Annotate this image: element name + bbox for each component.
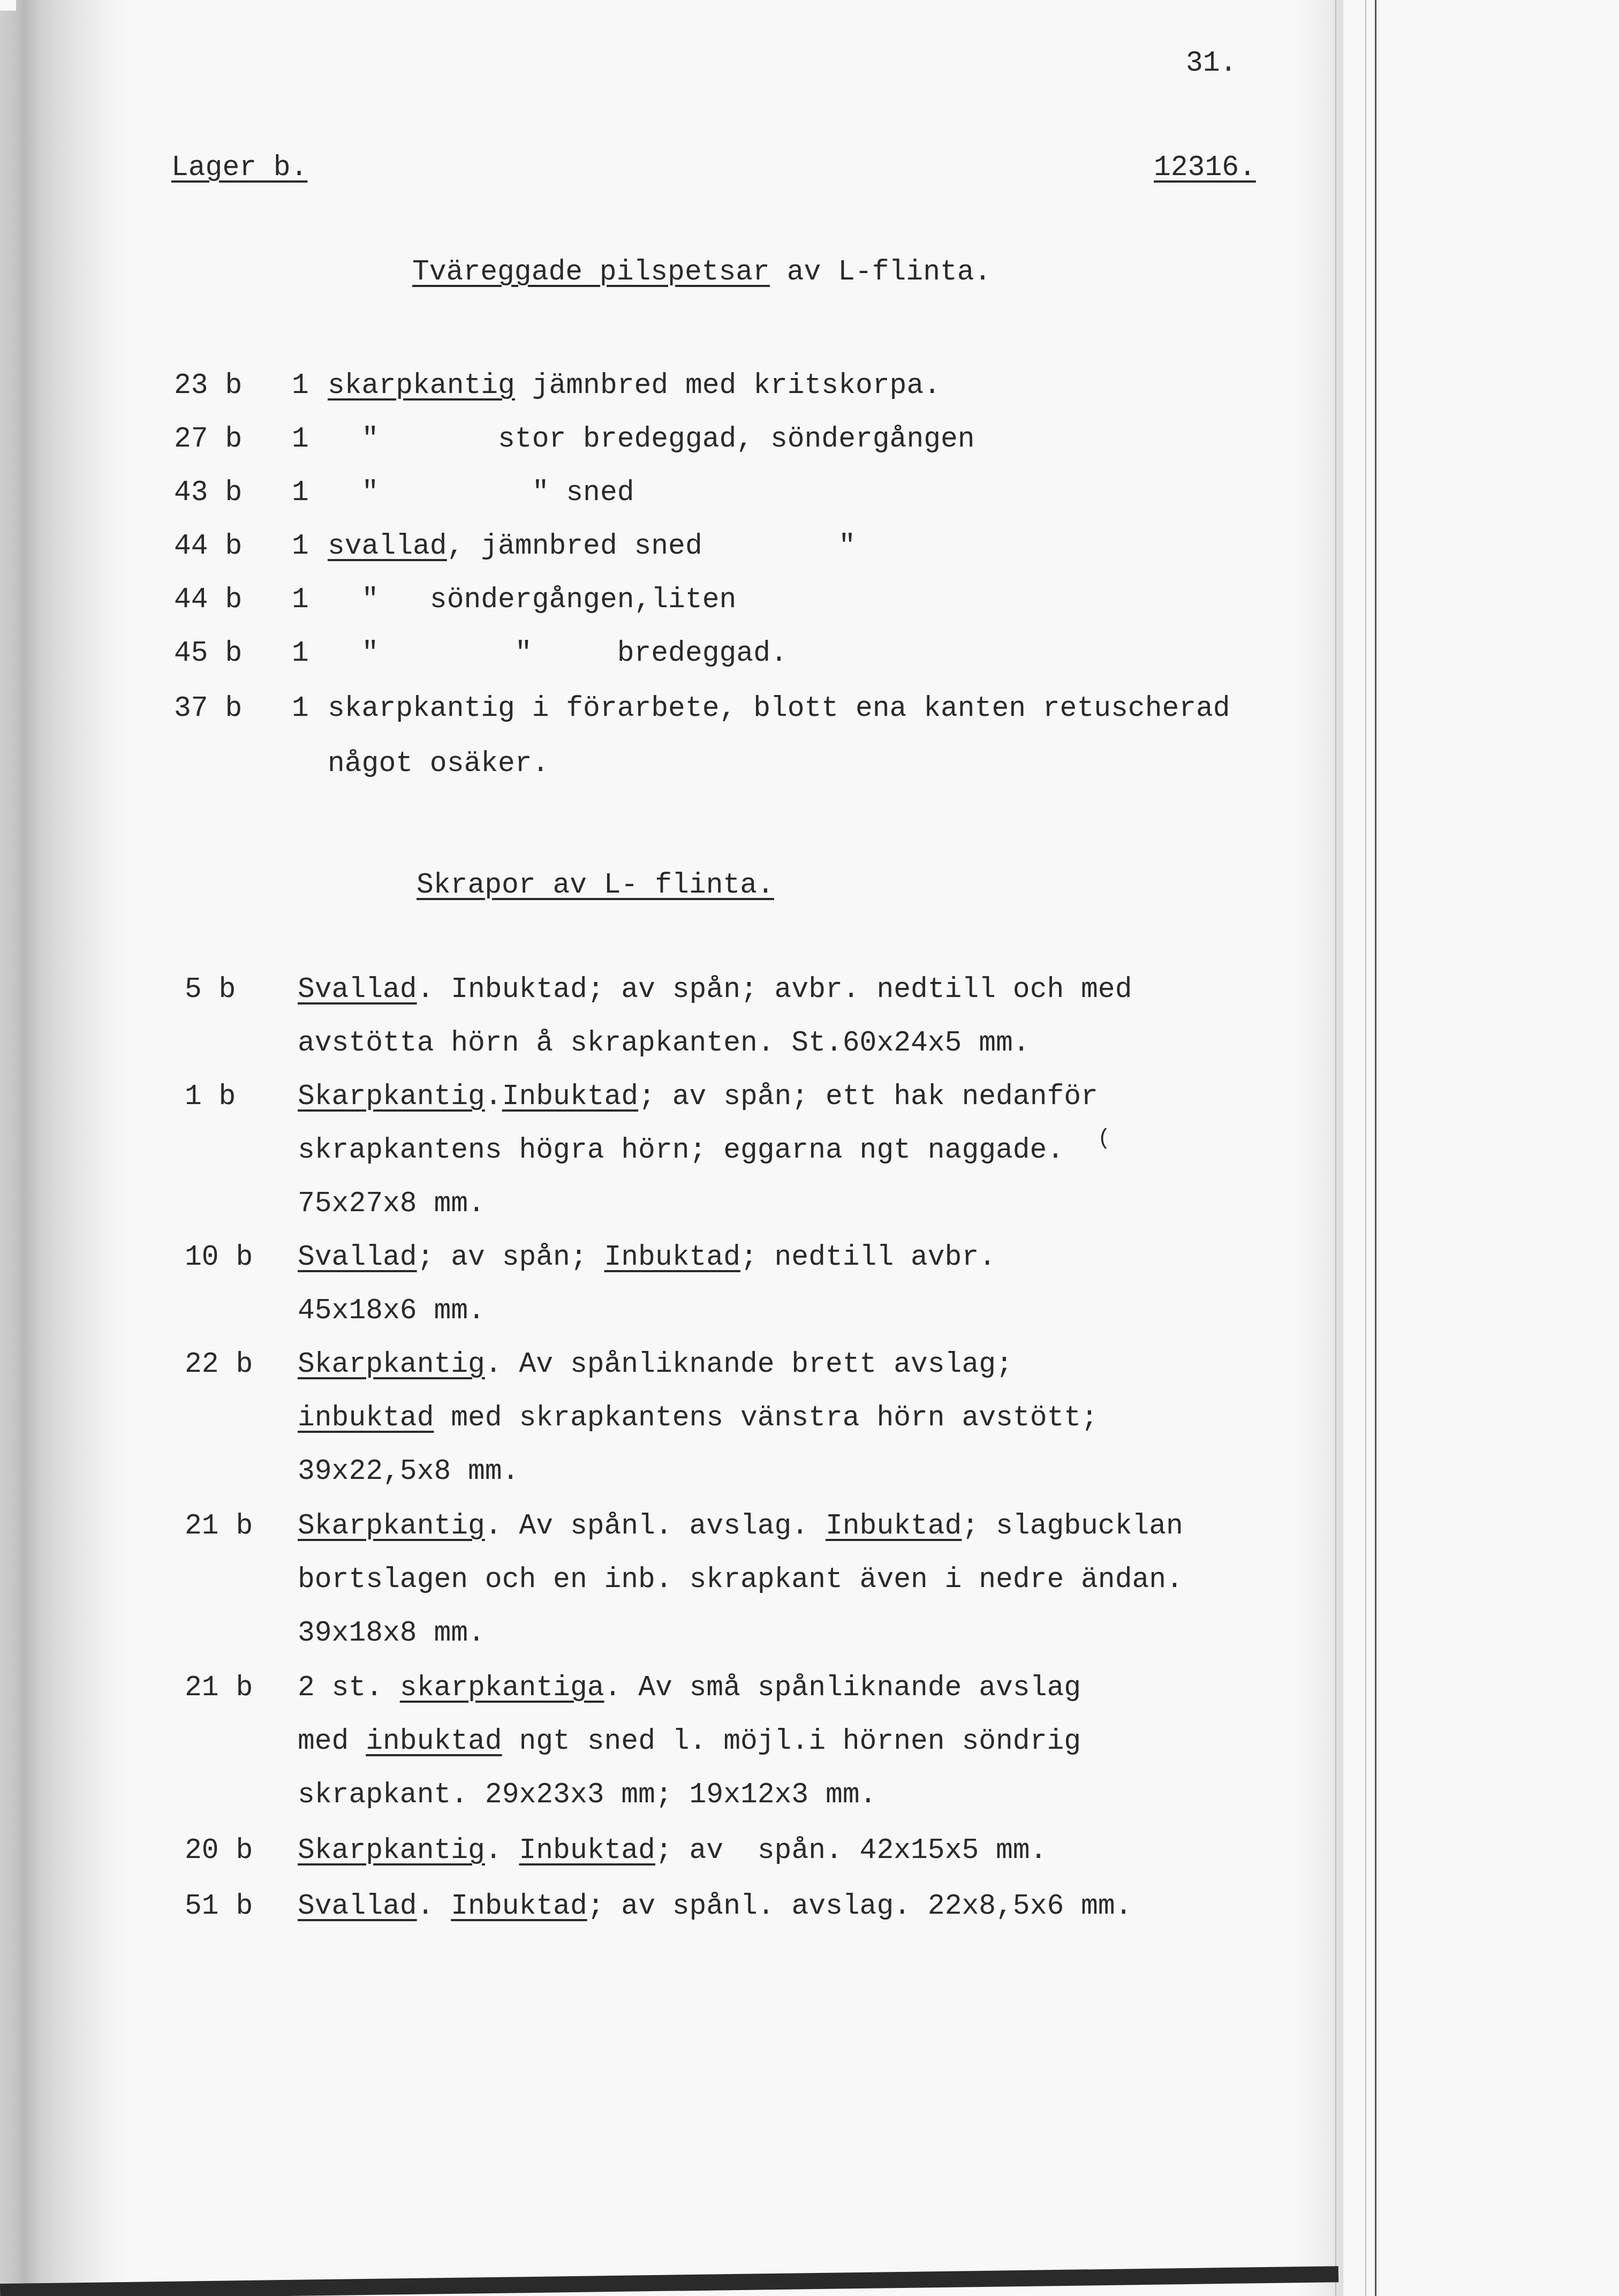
page-right-edge-shadow <box>1296 0 1344 2296</box>
entry-text: Skarpkantig. Av spånl. avslag. Inbuktad;… <box>298 1510 1183 1542</box>
entry-text: skrapkant. 29x23x3 mm; 19x12x3 mm. <box>298 1779 876 1811</box>
entry-text: skarpkantig i förarbete, blott ena kante… <box>328 692 1230 724</box>
find-number: 23 b <box>174 369 242 402</box>
item-count: 1 <box>292 423 309 455</box>
text-run: bortslagen och en inb. skrapkant även i … <box>298 1564 1183 1596</box>
underlined-term: Svallad <box>298 1241 417 1273</box>
entry-text: inbuktad med skrapkantens vänstra hörn a… <box>298 1402 1098 1434</box>
entry-text: Svallad. Inbuktad; av spån; avbr. nedtil… <box>298 973 1132 1006</box>
text-run: " " sned <box>328 477 634 509</box>
text-run: . Av spånliknande brett avslag; <box>485 1348 1013 1380</box>
section-title-main: Tväreggade pilspetsar <box>412 256 770 288</box>
text-run: skrapkantens högra hörn; eggarna ngt nag… <box>298 1134 1064 1166</box>
text-run: , jämnbred sned " <box>447 530 856 562</box>
entry-text: Skarpkantig.Inbuktad; av spån; ett hak n… <box>298 1081 1098 1113</box>
text-run: ; nedtill avbr. <box>740 1241 996 1273</box>
text-run: . <box>485 1834 519 1867</box>
scan-shadow-left <box>0 0 128 2296</box>
text-run: . <box>485 1081 502 1113</box>
text-run: ; slagbucklan <box>962 1510 1183 1542</box>
text-run: med <box>298 1725 366 1757</box>
entry-text: " " bredeggad. <box>328 637 788 669</box>
item-count: 1 <box>292 637 309 669</box>
text-run: ngt sned l. möjl.i hörnen söndrig <box>502 1725 1081 1757</box>
underlined-term: Inbuktad <box>451 1890 587 1922</box>
underlined-term: Skarpkantig <box>298 1348 485 1380</box>
text-run: . Av små spånliknande avslag <box>604 1672 1081 1704</box>
find-number: 37 b <box>174 692 242 724</box>
text-run: ; av spån. 42x15x5 mm. <box>655 1834 1047 1867</box>
find-number: 20 b <box>185 1834 253 1867</box>
find-number: 5 b <box>185 973 236 1006</box>
text-run: avstötta hörn å skrapkanten. St.60x24x5 … <box>298 1027 1030 1059</box>
item-count: 1 <box>292 369 309 402</box>
find-number: 10 b <box>185 1241 253 1273</box>
text-run: ; av spån; <box>417 1241 604 1273</box>
underlined-term: inbuktad <box>366 1725 502 1757</box>
entry-text: Svallad. Inbuktad; av spånl. avslag. 22x… <box>298 1890 1132 1922</box>
page-bottom-edge <box>0 2266 1338 2296</box>
entry-text: 2 st. skarpkantiga. Av små spånliknande … <box>298 1672 1081 1704</box>
find-number: 44 b <box>174 530 242 562</box>
entry-text: 39x22,5x8 mm. <box>298 1455 519 1487</box>
find-number: 21 b <box>185 1672 253 1704</box>
underlined-term: inbuktad <box>298 1402 434 1434</box>
find-number: 43 b <box>174 477 242 509</box>
marginal-mark: ( <box>1098 1123 1110 1155</box>
entry-text: 75x27x8 mm. <box>298 1188 485 1220</box>
entry-text: " " sned <box>328 477 634 509</box>
underlined-term: Svallad <box>298 1890 417 1922</box>
page-edge-line <box>1335 0 1336 2296</box>
underlined-term: svallad <box>328 530 447 562</box>
text-run: ; av spånl. avslag. 22x8,5x6 mm. <box>587 1890 1132 1922</box>
underlined-term: skarpkantiga <box>400 1672 604 1704</box>
entry-text: skarpkantig jämnbred med kritskorpa. <box>328 369 941 402</box>
find-number: 21 b <box>185 1510 253 1542</box>
item-count: 1 <box>292 584 309 616</box>
entry-text: skrapkantens högra hörn; eggarna ngt nag… <box>298 1134 1064 1166</box>
underlined-term: Inbuktad <box>604 1241 740 1273</box>
find-number: 22 b <box>185 1348 253 1380</box>
text-run: jämnbred med kritskorpa. <box>515 369 941 402</box>
text-run: 39x22,5x8 mm. <box>298 1455 519 1487</box>
text-run: " " bredeggad. <box>328 637 788 669</box>
page-edge-line <box>1365 0 1366 2296</box>
find-number: 1 b <box>185 1081 236 1113</box>
underlined-term: Inbuktad <box>502 1081 638 1113</box>
text-run: skrapkant. 29x23x3 mm; 19x12x3 mm. <box>298 1779 876 1811</box>
item-count: 1 <box>292 692 309 724</box>
catalog-number: 12316. <box>1154 152 1256 184</box>
page-edge-line <box>1375 0 1376 2296</box>
find-number: 44 b <box>174 584 242 616</box>
entry-text: Skarpkantig. Av spånliknande brett avsla… <box>298 1348 1013 1380</box>
text-run: " stor bredeggad, söndergången <box>328 423 975 455</box>
section-title-arrowheads: Tväreggade pilspetsar av L-flinta. <box>412 256 991 288</box>
text-run: . Inbuktad; av spån; avbr. nedtill och m… <box>417 973 1132 1006</box>
scan-shadow-left-top <box>0 0 16 11</box>
text-run: 2 st. <box>298 1672 400 1704</box>
underlined-term: Svallad <box>298 973 417 1006</box>
entry-text: 45x18x6 mm. <box>298 1295 485 1327</box>
entry-text: bortslagen och en inb. skrapkant även i … <box>298 1564 1183 1596</box>
layer-label: Lager b. <box>171 152 307 184</box>
entry-text: " söndergången,liten <box>328 584 736 616</box>
underlined-term: Skarpkantig <box>298 1510 485 1542</box>
text-run: något osäker. <box>328 747 549 780</box>
text-run: . Av spånl. avslag. <box>485 1510 826 1542</box>
item-count: 1 <box>292 477 309 509</box>
underlined-term: Skarpkantig <box>298 1834 485 1867</box>
entry-text: " stor bredeggad, söndergången <box>328 423 975 455</box>
entry-text: svallad, jämnbred sned " <box>328 530 856 562</box>
entry-text: avstötta hörn å skrapkanten. St.60x24x5 … <box>298 1027 1030 1059</box>
entry-text: något osäker. <box>328 747 549 780</box>
entry-text: med inbuktad ngt sned l. möjl.i hörnen s… <box>298 1725 1081 1757</box>
section-title-suffix: av L-flinta. <box>770 256 991 288</box>
find-number: 27 b <box>174 423 242 455</box>
entry-text: 39x18x8 mm. <box>298 1617 485 1649</box>
entry-text: Svallad; av spån; Inbuktad; nedtill avbr… <box>298 1241 996 1273</box>
text-run: ; av spån; ett hak nedanför <box>638 1081 1098 1113</box>
underlined-term: Skarpkantig <box>298 1081 485 1113</box>
page-number: 31. <box>1186 47 1237 79</box>
text-run: skarpkantig i förarbete, blott ena kante… <box>328 692 1230 724</box>
text-run: . <box>417 1890 451 1922</box>
text-run: med skrapkantens vänstra hörn avstött; <box>434 1402 1098 1434</box>
underlined-term: Inbuktad <box>826 1510 962 1542</box>
text-run: 39x18x8 mm. <box>298 1617 485 1649</box>
find-number: 51 b <box>185 1890 253 1922</box>
section-title-scrapers: Skrapor av L- flinta. <box>417 869 774 901</box>
underlined-term: Inbuktad <box>519 1834 655 1867</box>
underlined-term: skarpkantig <box>328 369 515 402</box>
text-run: 75x27x8 mm. <box>298 1188 485 1220</box>
text-run: 45x18x6 mm. <box>298 1295 485 1327</box>
entry-text: Skarpkantig. Inbuktad; av spån. 42x15x5 … <box>298 1834 1047 1867</box>
find-number: 45 b <box>174 637 242 669</box>
text-run: " söndergången,liten <box>328 584 736 616</box>
item-count: 1 <box>292 530 309 562</box>
